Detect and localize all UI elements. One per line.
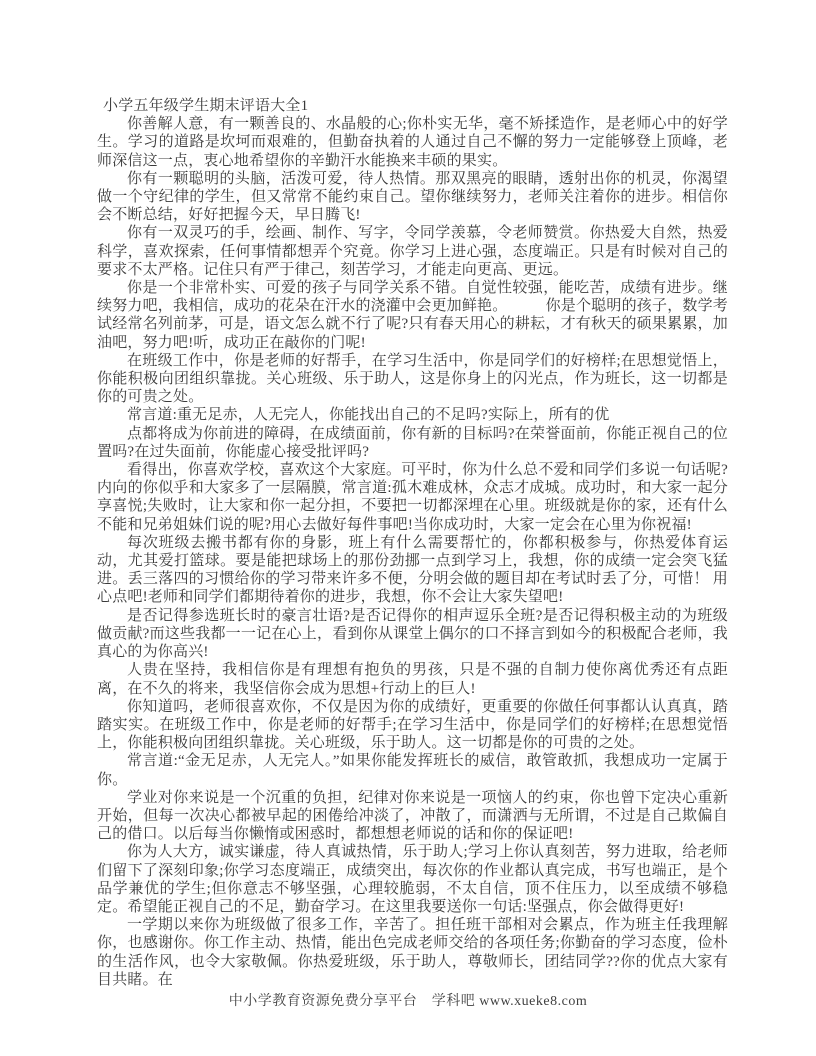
paragraph: 你有一双灵巧的手，绘画、制作、写字，令同学羡慕，令老师赞赏。你热爱大自然，热爱科… [97,224,728,279]
paragraph: 是否记得参选班长时的豪言壮语?是否记得你的相声逗乐全班?是否记得积极主动的为班级… [97,607,728,662]
document-body: 小学五年级学生期末评语大全1 你善解人意，有一颗善良的、水晶般的心;你朴实无华，… [97,97,728,989]
paragraph: 看得出，你喜欢学校，喜欢这个大家庭。可平时，你为什么总不爱和同学们多说一句话呢?… [97,461,728,534]
paragraph: 人贵在坚持，我相信你是有理想有抱负的男孩，只是不强的自制力使你离优秀还有点距离，… [97,661,728,697]
paragraph: 在班级工作中，你是老师的好帮手，在学习生活中，你是同学们的好榜样;在思想觉悟上，… [97,352,728,407]
paragraph: 一学期以来你为班级做了很多工作，辛苦了。担任班干部相对会累点，作为班主任我理解你… [97,916,728,989]
paragraph: 常言道:“金无足赤，人无完人。”如果你能发挥班长的威信，敢管敢抓，我想成功一定属… [97,752,728,788]
paragraph: 你知道吗，老师很喜欢你，不仅是因为你的成绩好，更重要的你做任何事都认认真真，踏踏… [97,698,728,753]
paragraph: 点都将成为你前进的障碍，在成绩面前，你有新的目标吗?在荣誉面前，你能正视自己的位… [97,425,728,461]
document-page: 小学五年级学生期末评语大全1 你善解人意，有一颗善良的、水晶般的心;你朴实无华，… [0,0,816,1056]
document-title: 小学五年级学生期末评语大全1 [97,97,728,115]
paragraph: 每次班级去搬书都有你的身影，班上有什么需要帮忙的，你都积极参与，你热爱体育运动，… [97,534,728,607]
paragraph: 你善解人意，有一颗善良的、水晶般的心;你朴实无华，毫不矫揉造作，是老师心中的好学… [97,115,728,170]
page-footer-watermark: 中小学教育资源免费分享平台 学科吧 www.xueke8.com [0,993,816,1010]
paragraph: 常言道:重无足赤，人无完人，你能找出自己的不足吗?实际上，所有的优 [97,406,728,424]
paragraph: 你为人大方，诚实谦虚，待人真诚热情，乐于助人;学习上你认真刻苦，努力进取，给老师… [97,843,728,916]
paragraph: 你是一个非常朴实、可爱的孩子与同学关系不错。自觉性较强，能吃苦，成绩有进步。继续… [97,279,728,352]
paragraph: 学业对你来说是一个沉重的负担，纪律对你来说是一项恼人的约束，你也曾下定决心重新开… [97,789,728,844]
paragraph: 你有一颗聪明的头脑，活泼可爱，待人热情。那双黑亮的眼睛，透射出你的机灵，你渴望做… [97,170,728,225]
